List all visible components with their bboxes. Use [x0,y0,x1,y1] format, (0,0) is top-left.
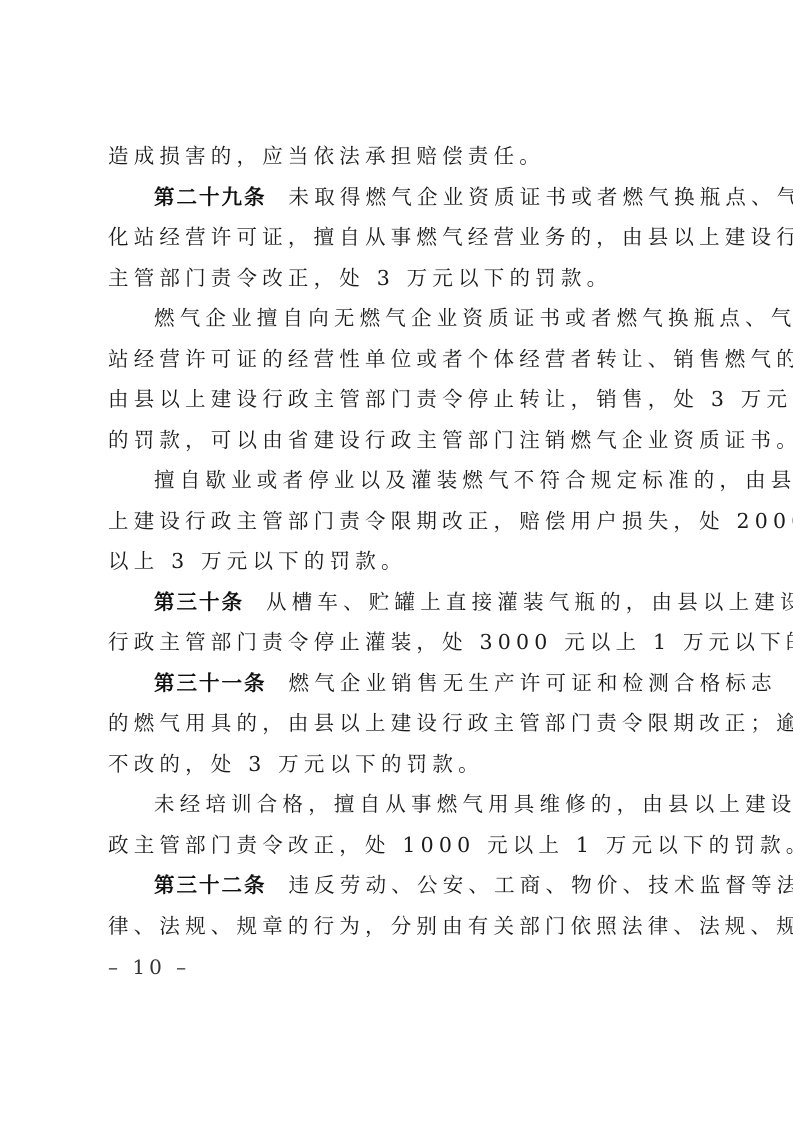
article-heading: 第二十九条 [154,185,267,209]
line-text: 主管部门责令改正，处 3 万元以下的罚款。 [108,266,612,290]
text-line: 上建设行政主管部门责令限期改正，赔偿用户损失，处 2000 元 [108,501,698,542]
line-text: 站经营许可证的经营性单位或者个体经营者转让、销售燃气的， [108,347,793,371]
text-line: 第二十九条未取得燃气企业资质证书或者燃气换瓶点、气 [108,177,698,218]
text-line: 未经培训合格，擅自从事燃气用具维修的，由县以上建设行 [108,784,698,825]
line-text: 擅自歇业或者停业以及灌装燃气不符合规定标准的，由县以 [154,468,793,492]
text-line: 不改的，处 3 万元以下的罚款。 [108,744,698,785]
text-line: 站经营许可证的经营性单位或者个体经营者转让、销售燃气的， [108,339,698,380]
document-body: 造成损害的，应当依法承担赔偿责任。 第二十九条未取得燃气企业资质证书或者燃气换瓶… [108,136,698,946]
line-text: 的燃气用具的，由县以上建设行政主管部门责令限期改正；逾期 [108,711,793,735]
text-line: 由县以上建设行政主管部门责令停止转让，销售，处 3 万元以下 [108,379,698,420]
line-text: 未经培训合格，擅自从事燃气用具维修的，由县以上建设行 [154,792,793,816]
line-text: 不改的，处 3 万元以下的罚款。 [108,752,484,776]
text-line: 以上 3 万元以下的罚款。 [108,541,698,582]
article-heading: 第三十条 [154,590,244,614]
text-line: 第三十二条违反劳动、公安、工商、物价、技术监督等法 [108,865,698,906]
line-text: 化站经营许可证，擅自从事燃气经营业务的，由县以上建设行政 [108,225,793,249]
page-number: – 10 – [108,955,190,979]
text-line: 第三十条从槽车、贮罐上直接灌装气瓶的，由县以上建设 [108,582,698,623]
text-line: 政主管部门责令改正，处 1000 元以上 1 万元以下的罚款。 [108,825,698,866]
text-line: 化站经营许可证，擅自从事燃气经营业务的，由县以上建设行政 [108,217,698,258]
line-text: 上建设行政主管部门责令限期改正，赔偿用户损失，处 2000 元 [108,509,793,533]
line-text: 未取得燃气企业资质证书或者燃气换瓶点、气 [289,185,793,209]
text-line: 第三十一条燃气企业销售无生产许可证和检测合格标志 [108,663,698,704]
text-line: 主管部门责令改正，处 3 万元以下的罚款。 [108,258,698,299]
text-line: 擅自歇业或者停业以及灌装燃气不符合规定标准的，由县以 [108,460,698,501]
line-text: 燃气企业销售无生产许可证和检测合格标志 [289,671,777,695]
line-text: 的罚款，可以由省建设行政主管部门注销燃气企业资质证书。 [108,428,793,452]
line-text: 违反劳动、公安、工商、物价、技术监督等法 [289,873,793,897]
text-line: 的罚款，可以由省建设行政主管部门注销燃气企业资质证书。 [108,420,698,461]
line-text: 以上 3 万元以下的罚款。 [108,549,407,573]
text-line: 燃气企业擅自向无燃气企业资质证书或者燃气换瓶点、气化 [108,298,698,339]
line-text: 造成损害的，应当依法承担赔偿责任。 [108,144,545,168]
line-text: 政主管部门责令改正，处 1000 元以上 1 万元以下的罚款。 [108,833,793,857]
article-heading: 第三十二条 [154,873,267,897]
line-text: 从槽车、贮罐上直接灌装气瓶的，由县以上建设 [266,590,793,614]
line-text: 燃气企业擅自向无燃气企业资质证书或者燃气换瓶点、气化 [154,306,793,330]
line-text: 行政主管部门责令停止灌装，处 3000 元以上 1 万元以下的罚款。 [108,630,793,654]
article-heading: 第三十一条 [154,671,267,695]
text-line: 行政主管部门责令停止灌装，处 3000 元以上 1 万元以下的罚款。 [108,622,698,663]
text-line: 造成损害的，应当依法承担赔偿责任。 [108,136,698,177]
text-line: 的燃气用具的，由县以上建设行政主管部门责令限期改正；逾期 [108,703,698,744]
line-text: 由县以上建设行政主管部门责令停止转让，销售，处 3 万元以下 [108,387,793,411]
line-text: 律、法规、规章的行为，分别由有关部门依照法律、法规、规章 [108,914,793,938]
text-line: 律、法规、规章的行为，分别由有关部门依照法律、法规、规章 [108,906,698,947]
